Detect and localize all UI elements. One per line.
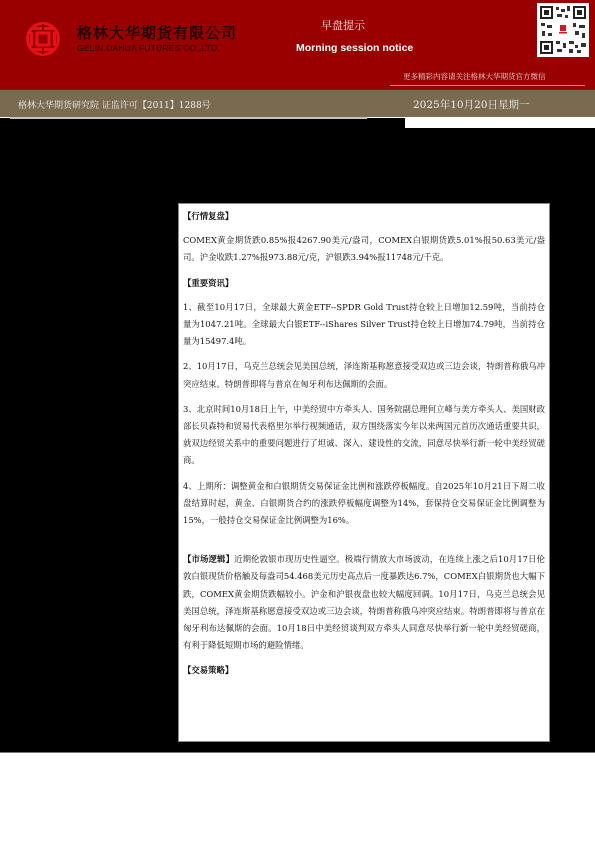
market-logic-text: 近期伦敦银市现历史性逼空。极端行情放大市场波动，在连续上涨之后10月17日伦敦白…	[183, 554, 545, 650]
news-item-2: 2、10月17日，乌克兰总统会见美国总统，泽连斯基称愿意接受双边或三边会谈，特朗…	[183, 358, 545, 392]
follow-divider	[390, 85, 585, 86]
market-logic-paragraph: 【市场逻辑】近期伦敦银市现历史性逼空。极端行情放大市场波动，在连续上涨之后10月…	[183, 551, 545, 654]
section-heading-key-news: 【重要资讯】	[183, 275, 545, 292]
report-content: 【行情复盘】 COMEX黄金期货跌0.85%报4267.90美元/盎司，COME…	[178, 203, 550, 742]
company-logo-icon	[24, 22, 62, 56]
news-item-4: 4、上期所：调整黄金和白银期货交易保证金比例和涨跌停板幅度。自2025年10月2…	[183, 478, 545, 530]
notice-title-cn: 早盘提示	[321, 17, 365, 33]
section-heading-trading-strategy: 【交易策略】	[183, 662, 545, 679]
report-date: 2025年10月20日星期一	[413, 97, 529, 112]
follow-wechat-text: 更多精彩内容请关注格林大华期货官方微信	[403, 71, 546, 82]
info-bar: 格林大华期货研究院 证监许可【2011】1288号 2025年10月20日星期一	[0, 90, 595, 117]
bottom-divider	[0, 752, 595, 753]
news-item-1: 1、截至10月17日，全球最大黄金ETF--SPDR Gold Trust持仓较…	[183, 299, 545, 351]
company-name-cn: 格林大华期货有限公司	[77, 22, 237, 43]
market-review-text: COMEX黄金期货跌0.85%报4267.90美元/盎司，COMEX白银期货跌5…	[183, 232, 545, 266]
news-item-3: 3、北京时间10月18日上午，中美经贸中方牵头人、国务院副总理何立峰与美方牵头人…	[183, 401, 545, 470]
date-underline-block	[405, 118, 595, 128]
section-heading-market-review: 【行情复盘】	[183, 208, 545, 225]
wechat-qr-code-icon	[537, 3, 589, 57]
bar-underline	[10, 117, 367, 119]
page-header: 格林大华期货有限公司 GELIN DAHUA FUTURES CO.,LTD. …	[0, 0, 595, 90]
institute-license: 格林大华期货研究院 证监许可【2011】1288号	[18, 98, 211, 111]
company-name-en: GELIN DAHUA FUTURES CO.,LTD.	[77, 43, 220, 53]
notice-title-en: Morning session notice	[296, 42, 413, 54]
section-heading-market-logic: 【市场逻辑】	[183, 554, 234, 564]
